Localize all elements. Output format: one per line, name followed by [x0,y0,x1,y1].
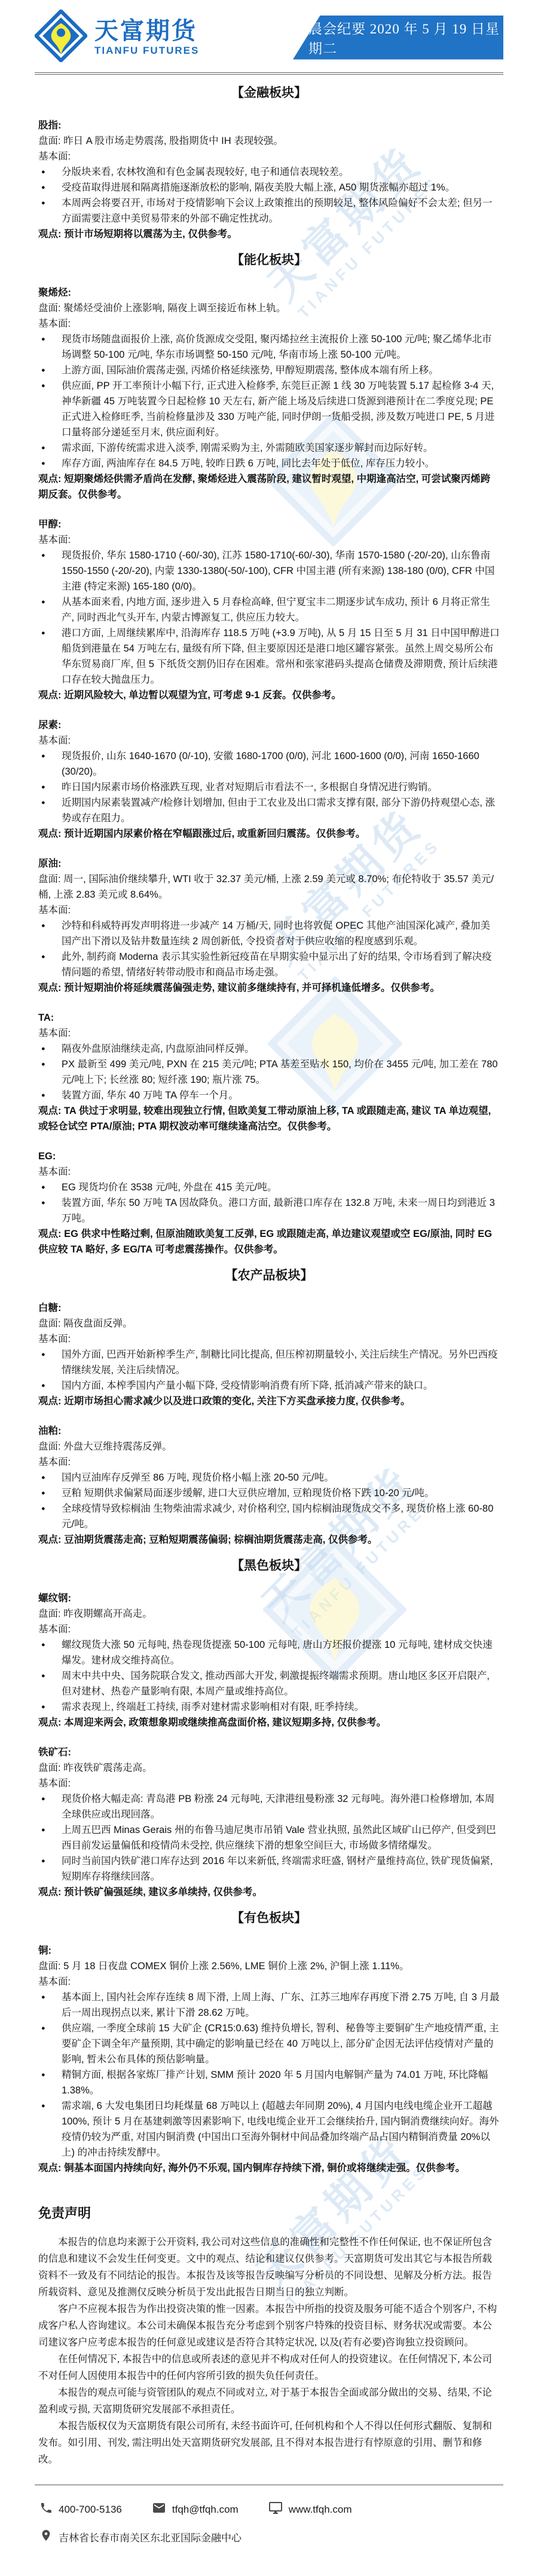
text-line: 基本面: [38,149,500,164]
opinion-line: 观点: 短期聚烯烃供需矛盾尚在发酵, 聚烯烃进入震荡阶段, 建议暂时观望, 中期… [38,471,500,502]
location-pin-icon [39,2529,53,2545]
bullet-item: ●近期国内尿素装置减产/检修计划增加, 但由于工农业及出口需求支撑有限, 部分下… [38,795,500,826]
bullet-item: ●上游方面, 国际油价震荡走强, 丙烯价格延续涨势, 甲醇短期震荡, 整体成本端… [38,363,500,378]
bullet-icon: ● [38,625,62,687]
bullet-item: ●现货价格大幅走高: 青岛港 PB 粉涨 24 元每吨, 天津港纽曼粉涨 32 … [38,1791,500,1822]
bullet-icon: ● [38,1791,62,1822]
text-line: 盘面: 隔夜盘面反弹。 [38,1316,500,1331]
commodity-name: TA: [38,1010,500,1026]
commodity-oil-meal: 油粕:盘面: 外盘大豆维持震荡反弹。基本面:●国内豆油库存反弹至 86 万吨, … [38,1423,500,1548]
text-line: 盘面: 昨夜期螺高开高走。 [38,1606,500,1622]
bullet-text: 国内豆油库存反弹至 86 万吨, 现货价格小幅上涨 20-50 元/吨。 [62,1470,500,1485]
opinion-line: 观点: 近期市场担心需求减少以及进口政策的变化, 关注下方买盘承接力度, 仅供参… [38,1393,500,1409]
bullet-text: 基本面上, 国内社会库存连续 8 周下滑, 上周上海、广东、江苏三地库存再度下滑… [62,1989,500,2021]
bullet-item: ●EG 现货均价在 3538 元/吨, 外盘在 415 美元/吨。 [38,1180,500,1195]
bullet-item: ●昨日国内尿素市场价格涨跌互现, 业者对短期后市看法不一, 多根据自身情况进行购… [38,779,500,795]
text-line: 盘面: 聚烯烃受油价上涨影响, 隔夜上调至接近布林上轨。 [38,300,500,316]
opinion-line: 观点: 预计短期油价将延续震荡偏强走势, 建议前多继续持有, 并可择机逢低增多。… [38,980,500,996]
bullet-item: ●装置方面, 华东 50 万吨 TA 因故降负。港口方面, 最新港口库存在 13… [38,1195,500,1226]
bullet-text: 螺纹现货大涨 50 元每吨, 热卷现货提涨 50-100 元每吨, 唐山方坯报价… [62,1637,500,1668]
bullet-icon: ● [38,2067,62,2098]
commodity-name: 股指: [38,118,500,133]
company-logo: 天富期货 TIANFU FUTURES [35,10,199,65]
bullet-text: EG 现货均价在 3538 元/吨, 外盘在 415 美元/吨。 [62,1180,500,1195]
opinion-line: 观点: 预计铁矿偏强延续, 建议多单续持, 仅供参考。 [38,1884,500,1900]
bullet-item: ●供应端, 一季度全球前 15 大矿企 (CR15:0.63) 维持负增长, 智… [38,2021,500,2067]
report-footer: 400-700-5136 tfqh@tfqh.com www.tfqh.com [35,2485,503,2576]
commodity-name: 聚烯烃: [38,285,500,300]
text-line: 盘面: 昨夜铁矿震荡走高。 [38,1760,500,1776]
disclaimer-paragraph: 客户不应视本报告为作出投资决策的惟一因素。本报告中所指的投资及服务可能不适合个别… [38,2301,500,2351]
bullet-icon: ● [38,180,62,195]
opinion-line: 观点: EG 供求中性略过剩, 但原油随欧美复工反弹, EG 或跟随走高, 单边… [38,1226,500,1257]
bullet-text: 库存方面, 两油库存在 84.5 万吨, 较昨日跌 6 万吨, 同比去年处于低位… [62,456,500,471]
bullet-text: 分版块来看, 农林牧渔和有色金属表现较好, 电子和通信表现较差。 [62,164,500,180]
text-line: 基本面: [38,733,500,748]
website-contact: www.tfqh.com [268,2501,352,2518]
bullet-item: ●同时当前国内铁矿港口库存达到 2016 年以来新低, 终端需求旺盛, 钢材产量… [38,1853,500,1884]
envelope-icon [152,2501,166,2518]
bullet-item: ●港口方面, 上周继续累库中, 沿海库存 118.5 万吨 (+3.9 万吨),… [38,625,500,687]
bullet-item: ●库存方面, 两油库存在 84.5 万吨, 较昨日跌 6 万吨, 同比去年处于低… [38,456,500,471]
website-url: www.tfqh.com [289,2504,352,2516]
bullet-text: 昨日国内尿素市场价格涨跌互现, 业者对短期后市看法不一, 多根据自身情况进行购销… [62,779,500,795]
text-line: 基本面: [38,1164,500,1180]
bullet-text: 需求表现上, 终端赶工持续, 雨季对建材需求影响相对有限, 旺季持续。 [62,1699,500,1715]
address-text: 吉林省长春市南关区东北亚国际金融中心 [59,2529,242,2544]
bullet-text: 近期国内尿素装置减产/检修计划增加, 但由于工农业及出口需求支撑有限, 部分下游… [62,795,500,826]
bullet-item: ●上周五巴西 Minas Gerais 州的布鲁马迪尼奥市吊销 Vale 营业执… [38,1822,500,1853]
commodity-name: 油粕: [38,1423,500,1439]
bullet-text: 港口方面, 上周继续累库中, 沿海库存 118.5 万吨 (+3.9 万吨), … [62,625,500,687]
commodity-rebar: 螺纹钢:盘面: 昨夜期螺高开高走。基本面:●螺纹现货大涨 50 元每吨, 热卷现… [38,1591,500,1730]
bullet-item: ●沙特和科威特再发声明将进一步减产 14 万桶/天, 同时也将敦促 OPEC 其… [38,918,500,949]
bullet-icon: ● [38,1853,62,1884]
bullet-item: ●分版块来看, 农林牧渔和有色金属表现较好, 电子和通信表现较差。 [38,164,500,180]
bullet-item: ●周末中共中央、国务院联合发文, 推动西部大开发, 刺激提振终端需求预期。唐山地… [38,1668,500,1699]
contact-row-secondary: 吉林省长春市南关区东北亚国际金融中心 [39,2529,499,2545]
text-line: 基本面: [38,1331,500,1347]
commodity-stock-index: 股指:盘面: 昨日 A 股市场走势震荡, 股指期货中 IH 表现较强。基本面:●… [38,118,500,242]
phone-number: 400-700-5136 [59,2504,122,2516]
bullet-item: ●供应面, PP 开工率预计小幅下行, 正式进入检修季, 东莞巨正源 1 线 3… [38,378,500,440]
text-line: 基本面: [38,532,500,548]
board-title: 【金融板块】 [38,83,500,103]
bullet-icon: ● [38,1057,62,1088]
disclaimer-paragraphs: 本报告的信息均来源于公开资料, 我公司对这些信息的准确性和完整性不作任何保证, … [38,2234,500,2468]
bullet-item: ●现货报价, 山东 1640-1670 (0/-10), 安徽 1680-170… [38,748,500,779]
bullet-text: 供应面, PP 开工率预计小幅下行, 正式进入检修季, 东莞巨正源 1 线 30… [62,378,500,440]
opinion-line: 观点: 预计市场短期将以震荡为主, 仅供参考。 [38,226,500,242]
bullet-item: ●隔夜外盘原油继续走高, 内盘原油同样反弹。 [38,1041,500,1057]
bullet-item: ●需求表现上, 终端赶工持续, 雨季对建材需求影响相对有限, 旺季持续。 [38,1699,500,1715]
bullet-text: 周末中共中央、国务院联合发文, 推动西部大开发, 刺激提振终端需求预期。唐山地区… [62,1668,500,1699]
disclaimer-title: 免责声明 [38,2203,500,2222]
bullet-item: ●精铜方面, 根据各家炼厂排产计划, SMM 预计 2020 年 5 月国内电解… [38,2067,500,2098]
commodity-copper: 铜:盘面: 5 月 18 日夜盘 COMEX 铜价上涨 2.56%, LME 铜… [38,1943,500,2176]
board-title: 【农产品板块】 [38,1266,500,1286]
monitor-icon [268,2501,283,2518]
report-header: 天富期货 TIANFU FUTURES 晨会纪要 2020 年 5 月 19 日… [35,0,503,75]
bullet-icon: ● [38,548,62,594]
commodity-name: 铜: [38,1943,500,1958]
bullet-icon: ● [38,2021,62,2067]
board-title: 【黑色板块】 [38,1556,500,1576]
bullet-icon: ● [38,918,62,949]
bullet-icon: ● [38,795,62,826]
commodity-sugar: 白糖:盘面: 隔夜盘面反弹。基本面:●国外方面, 巴西开始新榨季生产, 制糖比同… [38,1300,500,1409]
bullet-item: ●基本面上, 国内社会库存连续 8 周下滑, 上周上海、广东、江苏三地库存再度下… [38,1989,500,2021]
commodity-name: 螺纹钢: [38,1591,500,1606]
report-sections: 【金融板块】股指:盘面: 昨日 A 股市场走势震荡, 股指期货中 IH 表现较强… [0,83,538,2176]
bullet-item: ●装置方面, 华东 40 万吨 TA 停车一个月。 [38,1088,500,1103]
bullet-icon: ● [38,949,62,980]
bullet-item: ●受疫苗取得进展和隔离措施逐渐放松的影响, 隔夜美股大幅上涨, A50 期货涨幅… [38,180,500,195]
bullet-icon: ● [38,1195,62,1226]
text-line: 盘面: 周一, 国际油价继续攀升, WTI 收于 32.37 美元/桶, 上涨 … [38,871,500,902]
bullet-icon: ● [38,1485,62,1501]
phone-icon [39,2501,53,2517]
bullet-text: 国外方面, 巴西开始新榨季生产, 制糖比同比提高, 但压榨初期量较小, 关注后续… [62,1347,500,1378]
bullet-item: ●国内方面, 本榨季国内产量小幅下降, 受疫情影响消费有所下降, 抵消减产带来的… [38,1378,500,1393]
text-line: 基本面: [38,1026,500,1041]
bullet-icon: ● [38,1822,62,1853]
bullet-text: 供应端, 一季度全球前 15 大矿企 (CR15:0.63) 维持负增长, 智利… [62,2021,500,2067]
bullet-item: ●国内豆油库存反弹至 86 万吨, 现货价格小幅上涨 20-50 元/吨。 [38,1470,500,1485]
bullet-icon: ● [38,1347,62,1378]
bullet-text: 豆粕 短期供求偏紧局面逐步缓解, 进口大豆供应增加, 豆粕现货价格下跌 10-2… [62,1485,500,1501]
bullet-text: 国内方面, 本榨季国内产量小幅下降, 受疫情影响消费有所下降, 抵消减产带来的缺… [62,1378,500,1393]
commodity-name: 白糖: [38,1300,500,1316]
bullet-text: 现货报价, 山东 1640-1670 (0/-10), 安徽 1680-1700… [62,748,500,779]
bullet-icon: ● [38,363,62,378]
bullet-icon: ● [38,2098,62,2160]
bullet-item: ●现货报价, 华东 1580-1710 (-60/-30), 江苏 1580-1… [38,548,500,594]
commodity-urea: 尿素:基本面:●现货报价, 山东 1640-1670 (0/-10), 安徽 1… [38,717,500,842]
disclaimer-paragraph: 本报告版权仅为天富期货有限公司所有, 未经书面许可, 任何机构和个人不得以任何形… [38,2418,500,2468]
bullet-text: PX 最新至 499 美元/吨, PXN 在 215 美元/吨; PTA 基差至… [62,1057,500,1088]
bullet-icon: ● [38,1501,62,1532]
bullet-text: 装置方面, 华东 50 万吨 TA 因故降负。港口方面, 最新港口库存在 132… [62,1195,500,1226]
bullet-icon: ● [38,1637,62,1668]
report-date-banner: 晨会纪要 2020 年 5 月 19 日星期二 [293,16,503,60]
bullet-icon: ● [38,164,62,180]
bullet-text: 现货报价, 华东 1580-1710 (-60/-30), 江苏 1580-17… [62,548,500,594]
commodity-eg: EG:基本面:●EG 现货均价在 3538 元/吨, 外盘在 415 美元/吨。… [38,1149,500,1257]
text-line: 基本面: [38,1776,500,1791]
opinion-line: 观点: TA 供过于求明显, 较难出现独立行情, 但欧美复工带动原油上移, TA… [38,1103,500,1134]
bullet-text: 精铜方面, 根据各家炼厂排产计划, SMM 预计 2020 年 5 月国内电解铜… [62,2067,500,2098]
bullet-icon: ● [38,1470,62,1485]
bullet-icon: ● [38,1180,62,1195]
bullet-icon: ● [38,195,62,226]
text-line: 基本面: [38,316,500,331]
bullet-icon: ● [38,1088,62,1103]
bullet-item: ●需求面, 下游传统需求进入淡季, 刚需采购为主, 外需随欧美国家逐步解封而边际… [38,440,500,456]
bullet-item: ●此外, 制药商 Moderna 表示其实验性新冠疫苗在早期实验中显示出了好的结… [38,949,500,980]
report-page: 天富期货 TIANFU FUTURES 天富期货 TIANFU FUTURES … [0,0,538,2576]
address-contact: 吉林省长春市南关区东北亚国际金融中心 [39,2529,242,2545]
text-line: 盘面: 外盘大豆维持震荡反弹。 [38,1439,500,1454]
bullet-text: 现货价格大幅走高: 青岛港 PB 粉涨 24 元每吨, 天津港纽曼粉涨 32 元… [62,1791,500,1822]
board-title: 【能化板块】 [38,250,500,271]
bullet-item: ●现货市场随盘面报价上涨, 高价货源成交受阻, 聚丙烯拉丝主流报价上涨 50-1… [38,331,500,363]
bullet-text: 上游方面, 国际油价震荡走强, 丙烯价格延续涨势, 甲醇短期震荡, 整体成本端有… [62,363,500,378]
bullet-item: ●本周两会将要召开, 市场对于疫情影响下会议上政策推出的预期较足, 整体风险偏好… [38,195,500,226]
commodity-methanol: 甲醇:基本面:●现货报价, 华东 1580-1710 (-60/-30), 江苏… [38,517,500,703]
phone-contact: 400-700-5136 [39,2501,122,2517]
bullet-text: 装置方面, 华东 40 万吨 TA 停车一个月。 [62,1088,500,1103]
bullet-text: 沙特和科威特再发声明将进一步减产 14 万桶/天, 同时也将敦促 OPEC 其他… [62,918,500,949]
bullet-icon: ● [38,331,62,363]
bullet-text: 同时当前国内铁矿港口库存达到 2016 年以来新低, 终端需求旺盛, 钢材产量维… [62,1853,500,1884]
bullet-icon: ● [38,779,62,795]
bullet-text: 隔夜外盘原油继续走高, 内盘原油同样反弹。 [62,1041,500,1057]
bullet-item: ●需求端, 6 大发电集团日均耗煤量 68 万吨以上 (超越去年同期 20%),… [38,2098,500,2160]
bullet-item: ●从基本面来看, 内地方面, 逐步进入 5 月春检高峰, 但宁夏宝丰二期逐步试车… [38,594,500,625]
text-line: 盘面: 昨日 A 股市场走势震荡, 股指期货中 IH 表现较强。 [38,133,500,149]
commodity-name: 尿素: [38,717,500,733]
text-line: 基本面: [38,1974,500,1989]
text-line: 基本面: [38,1622,500,1637]
commodity-polyolefin: 聚烯烃:盘面: 聚烯烃受油价上涨影响, 隔夜上调至接近布林上轨。基本面:●现货市… [38,285,500,502]
text-line: 基本面: [38,902,500,918]
bullet-icon: ● [38,1668,62,1699]
bullet-icon: ● [38,748,62,779]
disclaimer-paragraph: 本报告的观点可能与资管团队的观点不同或对立, 对于基于本报告全面或部分做出的交易… [38,2384,500,2418]
bullet-icon: ● [38,1989,62,2021]
bullet-icon: ● [38,378,62,440]
bullet-text: 受疫苗取得进展和隔离措施逐渐放松的影响, 隔夜美股大幅上涨, A50 期货涨幅亦… [62,180,500,195]
bullet-icon: ● [38,594,62,625]
board-title: 【有色板块】 [38,1908,500,1929]
bullet-item: ●全球疫情导致棕榈油 生物柴油需求减少, 对价格利空, 国内棕榈油现货成交不多,… [38,1501,500,1532]
logo-diamond-icon [35,10,87,65]
opinion-line: 观点: 近期风险较大, 单边暂以观望为宜, 可考虑 9-1 反套。仅供参考。 [38,687,500,703]
bullet-icon: ● [38,456,62,471]
commodity-name: 铁矿石: [38,1745,500,1760]
bullet-icon: ● [38,1041,62,1057]
bullet-text: 此外, 制药商 Moderna 表示其实验性新冠疫苗在早期实验中显示出了好的结果… [62,949,500,980]
bullet-text: 需求面, 下游传统需求进入淡季, 刚需采购为主, 外需随欧美国家逐步解封而边际好… [62,440,500,456]
logo-text: 天富期货 TIANFU FUTURES [94,19,199,57]
bullet-text: 上周五巴西 Minas Gerais 州的布鲁马迪尼奥市吊销 Vale 营业执照… [62,1822,500,1853]
opinion-line: 观点: 铜基本面国内持续向好, 海外仍不乐观, 国内铜库存持续下滑, 铜价或将继… [38,2160,500,2176]
commodity-name: EG: [38,1149,500,1164]
text-line: 基本面: [38,1454,500,1470]
disclaimer-section: 免责声明 本报告的信息均来源于公开资料, 我公司对这些信息的准确性和完整性不作任… [0,2203,538,2468]
bullet-text: 全球疫情导致棕榈油 生物柴油需求减少, 对价格利空, 国内棕榈油现货成交不多, … [62,1501,500,1532]
opinion-line: 观点: 豆油期货震荡走高; 豆粕短期震荡偏弱; 棕榈油期货震荡走高, 仅供参考。 [38,1532,500,1548]
opinion-line: 观点: 本周迎来两会, 政策想象期或继续推高盘面价格, 建议短期多持, 仅供参考… [38,1715,500,1730]
bullet-item: ●国外方面, 巴西开始新榨季生产, 制糖比同比提高, 但压榨初期量较小, 关注后… [38,1347,500,1378]
opinion-line: 观点: 预计近期国内尿素价格在窄幅跟涨过后, 或重新回归震荡。仅供参考。 [38,826,500,842]
report-date-text: 晨会纪要 2020 年 5 月 19 日星期二 [293,18,503,57]
bullet-icon: ● [38,440,62,456]
bullet-icon: ● [38,1378,62,1393]
email-address: tfqh@tfqh.com [172,2504,239,2516]
bullet-item: ●PX 最新至 499 美元/吨, PXN 在 215 美元/吨; PTA 基差… [38,1057,500,1088]
commodity-crude-oil: 原油:盘面: 周一, 国际油价继续攀升, WTI 收于 32.37 美元/桶, … [38,856,500,996]
commodity-name: 原油: [38,856,500,871]
bullet-text: 现货市场随盘面报价上涨, 高价货源成交受阻, 聚丙烯拉丝主流报价上涨 50-10… [62,331,500,363]
bullet-icon: ● [38,1699,62,1715]
disclaimer-paragraph: 在任何情况下, 本报告中的信息或所表述的意见并不构成对任何人的投资建议。在任何情… [38,2351,500,2384]
commodity-name: 甲醇: [38,517,500,532]
bullet-item: ●螺纹现货大涨 50 元每吨, 热卷现货提涨 50-100 元每吨, 唐山方坯报… [38,1637,500,1668]
bullet-text: 需求端, 6 大发电集团日均耗煤量 68 万吨以上 (超越去年同期 20%), … [62,2098,500,2160]
bullet-text: 从基本面来看, 内地方面, 逐步进入 5 月春检高峰, 但宁夏宝丰二期逐步试车成… [62,594,500,625]
bullet-text: 本周两会将要召开, 市场对于疫情影响下会议上政策推出的预期较足, 整体风险偏好不… [62,195,500,226]
logo-title: 天富期货 [94,19,199,44]
logo-subtitle: TIANFU FUTURES [94,45,199,57]
contact-row-primary: 400-700-5136 tfqh@tfqh.com www.tfqh.com [39,2501,499,2518]
email-contact: tfqh@tfqh.com [152,2501,239,2518]
disclaimer-paragraph: 本报告的信息均来源于公开资料, 我公司对这些信息的准确性和完整性不作任何保证, … [38,2234,500,2301]
commodity-ta: TA:基本面:●隔夜外盘原油继续走高, 内盘原油同样反弹。●PX 最新至 499… [38,1010,500,1134]
bullet-item: ●豆粕 短期供求偏紧局面逐步缓解, 进口大豆供应增加, 豆粕现货价格下跌 10-… [38,1485,500,1501]
commodity-iron-ore: 铁矿石:盘面: 昨夜铁矿震荡走高。基本面:●现货价格大幅走高: 青岛港 PB 粉… [38,1745,500,1900]
text-line: 盘面: 5 月 18 日夜盘 COMEX 铜价上涨 2.56%, LME 铜价上… [38,1958,500,1974]
